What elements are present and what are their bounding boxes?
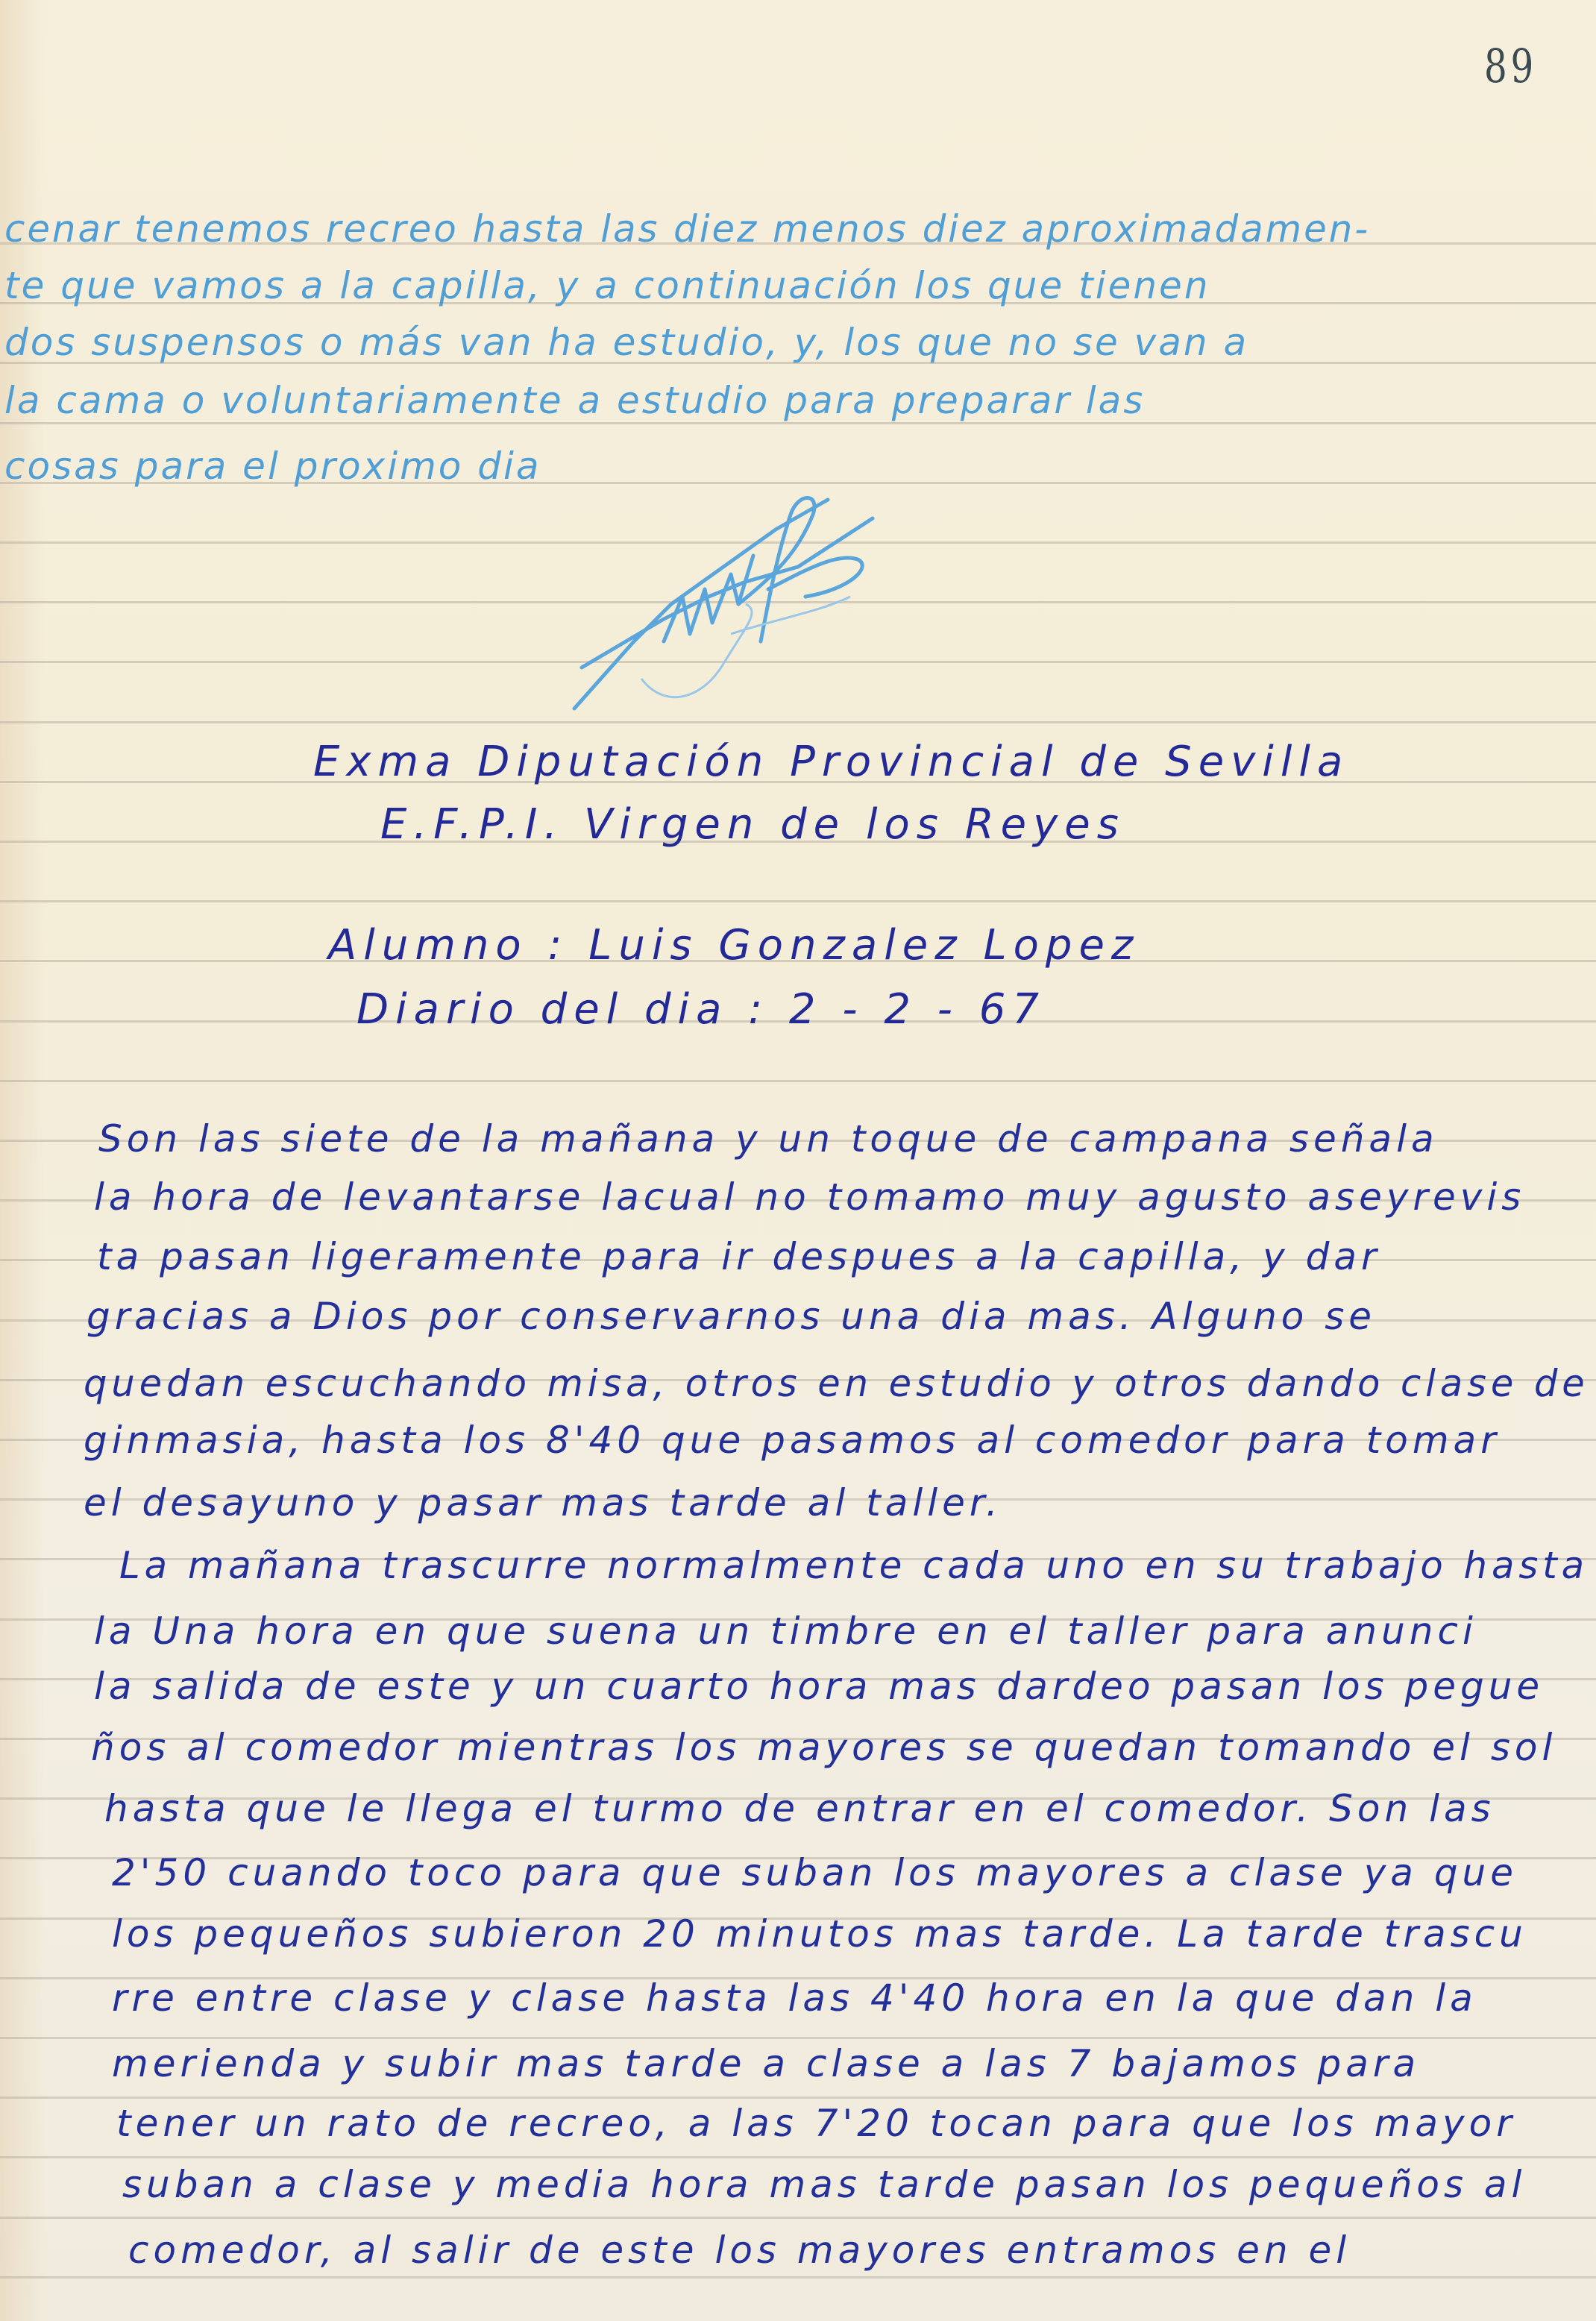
entry-line: ginmasia, hasta los 8'40 que pasamos al … — [84, 1422, 1501, 1459]
entry-line: 2'50 cuando toco para que suban los mayo… — [112, 1854, 1518, 1891]
rule-line — [0, 2156, 1596, 2158]
rule-line — [0, 422, 1596, 424]
entry-line: comedor, al salir de este los mayores en… — [128, 2232, 1351, 2269]
diary-date-row: Diario del dia : 2 - 2 - 67 — [356, 989, 1046, 1031]
entry-line: ta pasan ligeramente para ir despues a l… — [97, 1238, 1381, 1275]
entry-line: la Una hora en que suena un timbre en el… — [94, 1612, 1477, 1650]
rule-line — [0, 2037, 1596, 2039]
entry-line: la hora de levantarse lacual no tomamo m… — [94, 1178, 1525, 1216]
student-row: Alumno : Luis Gonzalez Lopez — [328, 925, 1140, 967]
entry-line: ños al comedor mientras los mayores se q… — [91, 1729, 1556, 1766]
diary-date: 2 - 2 - 67 — [789, 985, 1046, 1034]
entry-line: quedan escuchando misa, otros en estudio… — [84, 1365, 1589, 1402]
entry-line: la salida de este y un cuarto hora mas d… — [94, 1668, 1544, 1705]
entry-line: hasta que le llega el turmo de entrar en… — [104, 1790, 1495, 1827]
rule-line — [0, 2217, 1596, 2219]
entry-line: tener un rato de recreo, a las 7'20 toca… — [116, 2105, 1516, 2142]
rule-line — [0, 2097, 1596, 2099]
student-label: Alumno : — [328, 921, 568, 970]
page-number: 89 — [1484, 39, 1537, 93]
previous-entry-line: la cama o voluntariamente a estudio para… — [4, 382, 1145, 419]
signature-icon — [552, 485, 910, 723]
previous-entry-line: cosas para el proximo dia — [4, 447, 541, 485]
entry-line: gracias a Dios por conservarnos una dia … — [87, 1298, 1376, 1335]
institution-name: Exma Diputación Provincial de Sevilla — [313, 741, 1349, 783]
rule-line — [0, 1080, 1596, 1082]
entry-line: rre entre clase y clase hasta las 4'40 h… — [112, 1979, 1477, 2017]
previous-entry-line: dos suspensos o más van ha estudio, y, l… — [4, 324, 1248, 361]
previous-entry-line: cenar tenemos recreo hasta las diez meno… — [4, 210, 1588, 248]
entry-line: el desayuno y pasar mas tarde al taller. — [84, 1484, 1002, 1521]
entry-line: Son las siete de la mañana y un toque de… — [98, 1120, 1439, 1158]
diary-date-label: Diario del dia : — [356, 985, 769, 1034]
rule-line — [0, 900, 1596, 902]
paper-page: 89 cenar tenemos recreo hasta las diez m… — [0, 0, 1596, 2321]
school-name: E.F.P.I. Virgen de los Reyes — [380, 804, 1125, 846]
previous-entry-line: te que vamos a la capilla, y a continuac… — [4, 267, 1210, 304]
entry-line: merienda y subir mas tarde a clase a las… — [112, 2045, 1420, 2082]
student-name: Luis Gonzalez Lopez — [588, 921, 1140, 970]
entry-line: La mañana trascurre normalmente cada uno… — [119, 1547, 1589, 1584]
entry-line: los pequeños subieron 20 minutos mas tar… — [112, 1915, 1527, 1953]
entry-line: suban a clase y media hora mas tarde pas… — [122, 2166, 1526, 2203]
rule-line — [0, 2276, 1596, 2278]
